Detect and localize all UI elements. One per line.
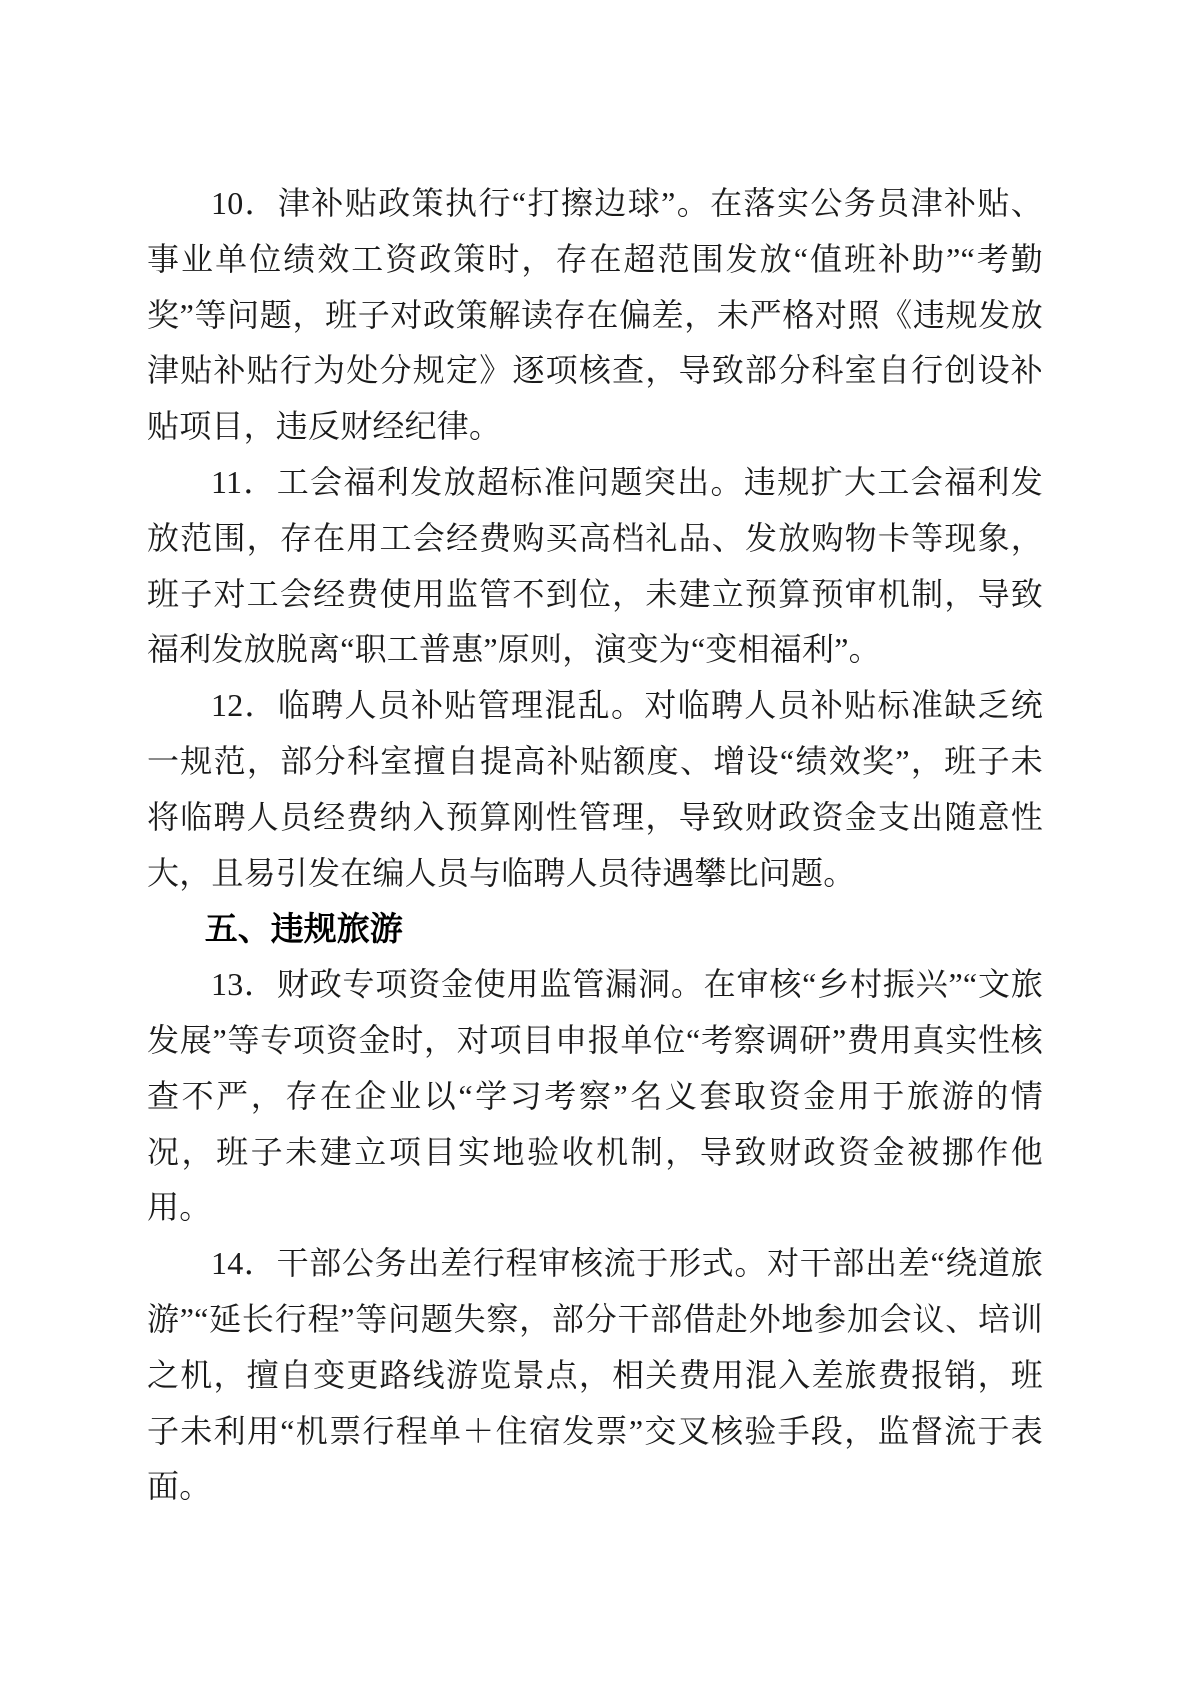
paragraph-item-12: 12．临聘人员补贴管理混乱。对临聘人员补贴标准缺乏统一规范，部分科室擅自提高补贴… [147,678,1043,901]
paragraph-item-14: 14．干部公务出差行程审核流于形式。对干部出差“绕道旅游”“延长行程”等问题失察… [147,1236,1043,1515]
section-heading-violation-travel: 五、违规旅游 [147,901,1043,957]
document-content: 10．津补贴政策执行“打擦边球”。在落实公务员津补贴、事业单位绩效工资政策时，存… [147,176,1043,1515]
paragraph-item-11: 11．工会福利发放超标准问题突出。违规扩大工会福利发放范围，存在用工会经费购买高… [147,455,1043,678]
paragraph-item-13: 13．财政专项资金使用监管漏洞。在审核“乡村振兴”“文旅发展”等专项资金时，对项… [147,957,1043,1236]
paragraph-item-10: 10．津补贴政策执行“打擦边球”。在落实公务员津补贴、事业单位绩效工资政策时，存… [147,176,1043,455]
document-page: 10．津补贴政策执行“打擦边球”。在落实公务员津补贴、事业单位绩效工资政策时，存… [0,0,1190,1683]
